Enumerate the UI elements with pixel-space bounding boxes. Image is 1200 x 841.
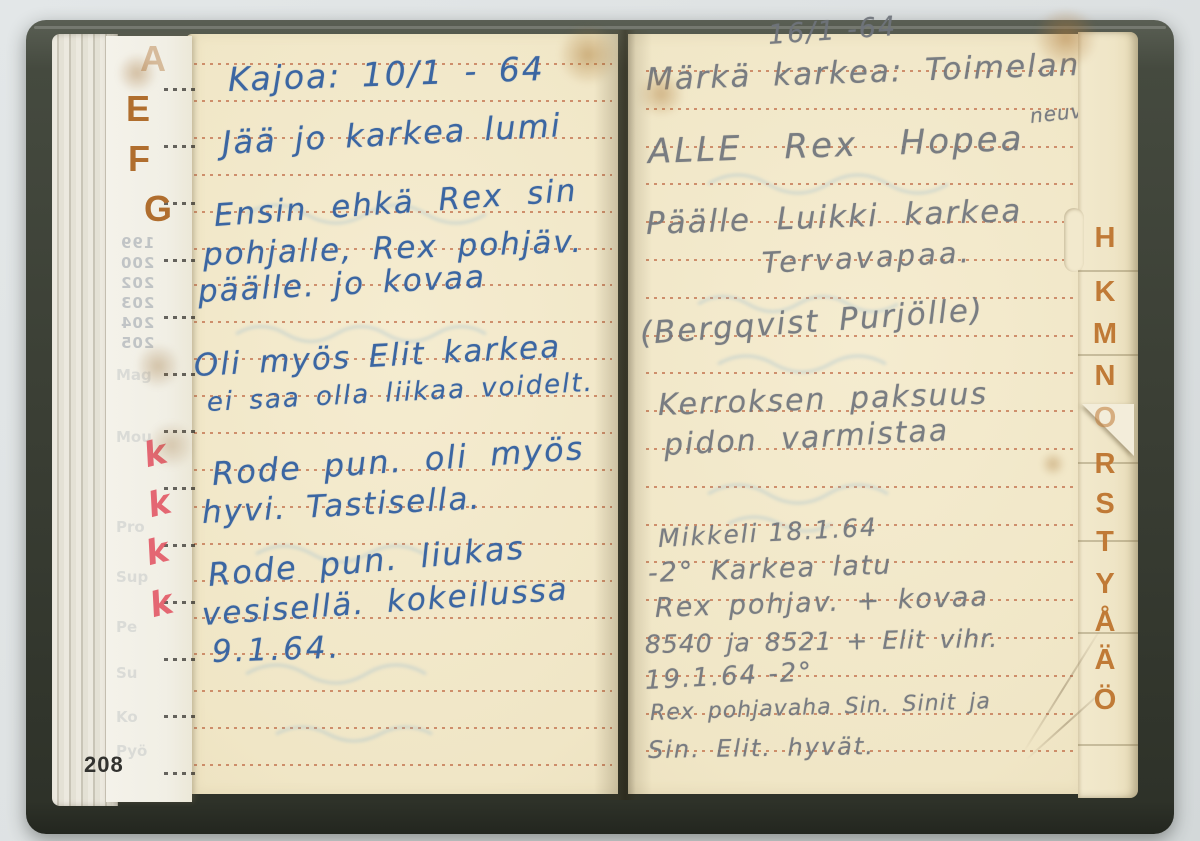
- show-through-number: 204: [120, 314, 154, 332]
- margin-letter-f: F: [128, 138, 150, 180]
- tab-edge: [1078, 354, 1138, 356]
- handwriting-line: 8540 ja 8521 + Elit vihr.: [645, 624, 999, 659]
- edge-tick: [164, 544, 198, 547]
- tab-letter-h: H: [1088, 222, 1122, 255]
- tab-letter-r: R: [1088, 448, 1122, 481]
- notebook-photo: 199 200 202 203 204 205 Mag Mou Pro Sup …: [0, 0, 1200, 841]
- edge-tick: [164, 88, 198, 91]
- tab-letter-s: S: [1088, 488, 1122, 521]
- show-through-word: Pe: [116, 618, 137, 636]
- stain: [1040, 452, 1066, 476]
- edge-tick: [164, 259, 198, 262]
- stain: [138, 340, 178, 392]
- handwriting-line: Sin. Elit. hyvät.: [648, 732, 875, 764]
- edge-tick: [164, 487, 198, 490]
- tab-edge: [1078, 744, 1138, 746]
- show-through-number: 203: [120, 294, 154, 312]
- stain: [118, 52, 156, 94]
- tab-letter-auml: Ä: [1088, 644, 1122, 677]
- stain: [1030, 10, 1102, 66]
- tab-letter-k: K: [1088, 276, 1122, 309]
- edge-tick: [164, 145, 198, 148]
- tab-letter-aring: Å: [1088, 606, 1122, 639]
- show-through-number: 199: [120, 234, 154, 252]
- margin-letter-e: E: [126, 88, 150, 130]
- tab-letter-y: Y: [1088, 568, 1122, 601]
- edge-tick: [164, 658, 198, 661]
- margin-letter-g: G: [144, 188, 172, 230]
- tab-letter-o: O: [1088, 402, 1122, 435]
- show-through-word: Pro: [116, 518, 145, 536]
- handwriting-line: 9.1.64.: [211, 629, 342, 669]
- tab-letter-n: N: [1088, 360, 1122, 393]
- stain: [556, 26, 620, 84]
- tab-letter-t: T: [1088, 526, 1122, 559]
- stain: [150, 418, 192, 472]
- page-number: 208: [84, 752, 124, 778]
- show-through-word: Sup: [116, 568, 148, 586]
- show-through-word: Su: [116, 664, 137, 682]
- edge-tick: [164, 715, 198, 718]
- show-through-number: 200: [120, 254, 154, 272]
- tab-letter-m: M: [1088, 318, 1122, 351]
- edge-tick: [164, 316, 198, 319]
- edge-tick: [164, 772, 198, 775]
- thumb-cut: [1064, 208, 1084, 272]
- show-through-number: 202: [120, 274, 154, 292]
- stain: [636, 72, 686, 116]
- show-through-word: Ko: [116, 708, 138, 726]
- tab-edge: [1078, 270, 1138, 272]
